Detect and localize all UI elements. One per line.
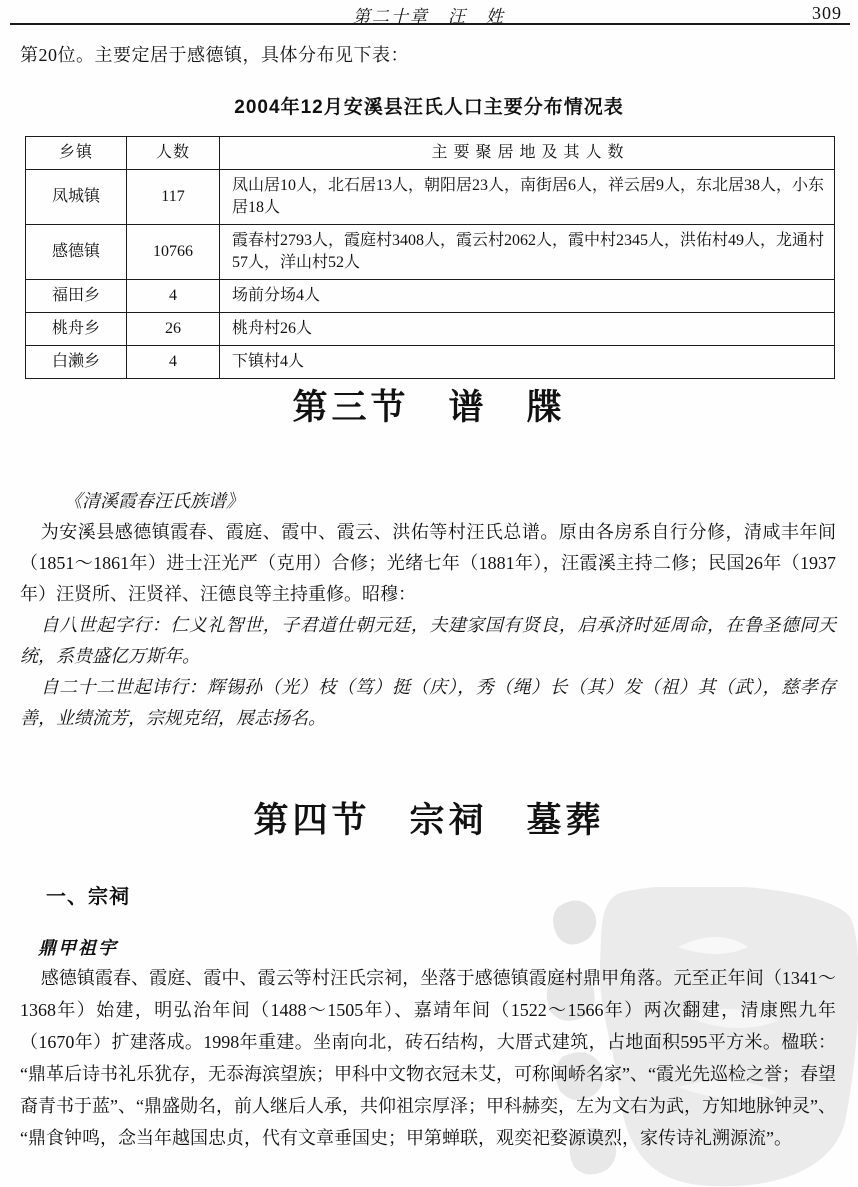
town-cell: 福田乡 [26,280,127,313]
subsection-title: 一、宗祠 [46,880,130,909]
town-cell: 凤城镇 [26,170,127,225]
table-row: 桃舟乡 26 桃舟村26人 [26,313,835,346]
section4-body: 感德镇霞春、霞庭、霞中、霞云等村汪氏宗祠，坐落于感德镇霞庭村鼎甲角落。元至正年间… [20,962,836,1154]
distribution-cell: 下镇村4人 [220,346,835,379]
table-title: 2004年12月安溪县汪氏人口主要分布情况表 [0,92,858,119]
population-cell: 26 [127,313,220,346]
population-cell: 4 [127,280,220,313]
header-rule [10,23,850,25]
population-cell: 117 [127,170,220,225]
ancestral-hall-name: 鼎甲祖宇 [20,934,118,960]
section3-title: 第三节 谱 牒 [0,380,858,430]
population-table: 乡镇 人数 主 要 聚 居 地 及 其 人 数 凤城镇 117 凤山居10人，北… [25,136,835,379]
column-header-town: 乡镇 [26,137,127,170]
distribution-cell: 场前分场4人 [220,280,835,313]
column-header-distribution: 主 要 聚 居 地 及 其 人 数 [220,137,835,170]
distribution-cell: 霞春村2793人，霞庭村3408人，霞云村2062人，霞中村2345人，洪佑村4… [220,225,835,280]
genealogy-book-title: 《清溪霞春汪氏族谱》 [20,486,836,517]
population-cell: 4 [127,346,220,379]
section4-title: 第四节 宗祠 墓葬 [0,793,858,843]
table-row: 凤城镇 117 凤山居10人，北石居13人，朝阳居23人，南街居6人，祥云居9人… [26,170,835,225]
distribution-cell: 桃舟村26人 [220,313,835,346]
section3-body: 为安溪县感德镇霞春、霞庭、霞中、霞云、洪佑等村汪氏总谱。原由各房系自行分修，清咸… [20,517,836,734]
ancestral-hall-paragraph: 感德镇霞春、霞庭、霞中、霞云等村汪氏宗祠，坐落于感德镇霞庭村鼎甲角落。元至正年间… [20,962,836,1154]
town-cell: 感德镇 [26,225,127,280]
table-row: 感德镇 10766 霞春村2793人，霞庭村3408人，霞云村2062人，霞中村… [26,225,835,280]
town-cell: 白濑乡 [26,346,127,379]
taboo-names-paragraph: 自二十二世起讳行：辉锡孙（光）枝（笃）挺（庆），秀（绳）长（其）发（祖）其（武）… [20,672,836,734]
population-cell: 10766 [127,225,220,280]
intro-paragraph: 第20位。主要定居于感德镇，具体分布见下表： [20,40,836,70]
book-page: 第二十章 汪 姓 309 第20位。主要定居于感德镇，具体分布见下表： 2004… [0,0,858,1187]
table-row: 白濑乡 4 下镇村4人 [26,346,835,379]
genealogy-history-paragraph: 为安溪县感德镇霞春、霞庭、霞中、霞云、洪佑等村汪氏总谱。原由各房系自行分修，清咸… [20,517,836,610]
distribution-cell: 凤山居10人，北石居13人，朝阳居23人，南街居6人，祥云居9人，东北居38人，… [220,170,835,225]
table-header-row: 乡镇 人数 主 要 聚 居 地 及 其 人 数 [26,137,835,170]
town-cell: 桃舟乡 [26,313,127,346]
running-head: 第二十章 汪 姓 309 [0,2,858,24]
page-number: 309 [812,3,842,24]
generation-names-paragraph: 自八世起字行：仁义礼智世，子君道仕朝元廷，夫建家国有贤良，启承济时延周命，在鲁圣… [20,610,836,672]
column-header-population: 人数 [127,137,220,170]
table-row: 福田乡 4 场前分场4人 [26,280,835,313]
